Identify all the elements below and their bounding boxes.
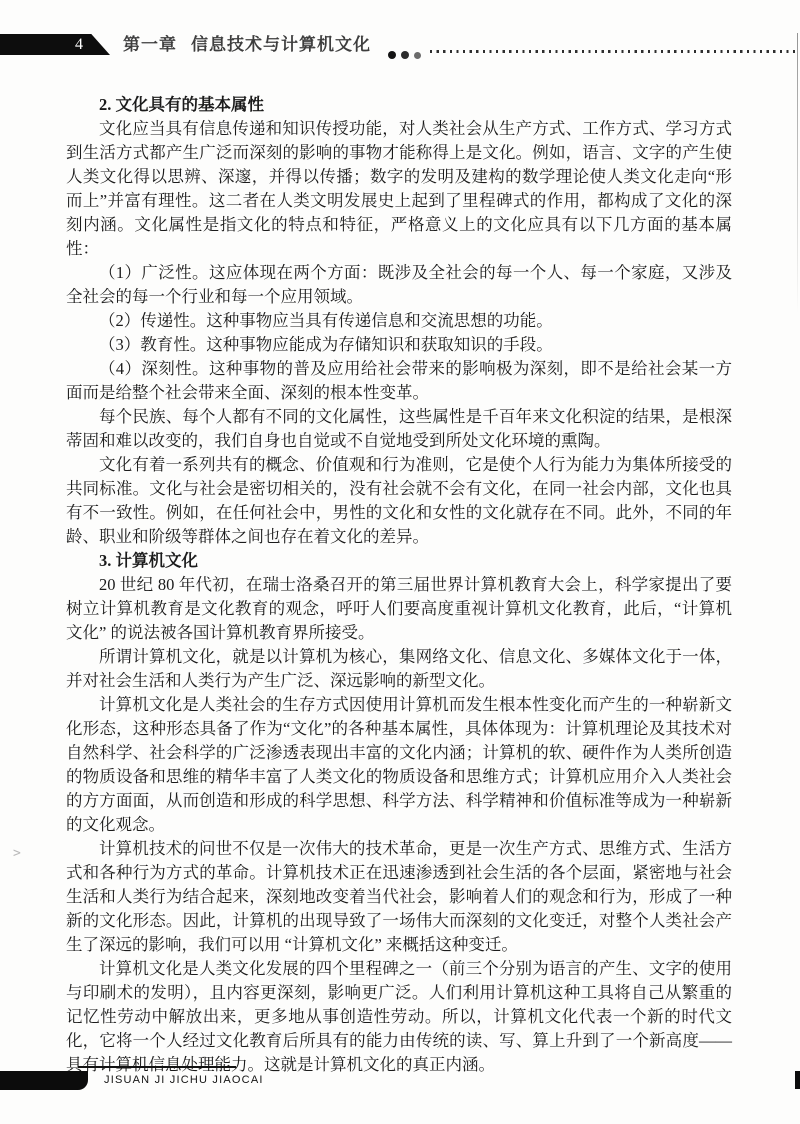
paragraph: （1）广泛性。这应体现在两个方面：既涉及全社会的每一个人、每一个家庭，又涉及全社…	[66, 261, 732, 309]
chapter-name: 信息技术与计算机文化	[191, 35, 371, 54]
footer-series-title: JISUAN JI JICHU JIAOCAI	[104, 1072, 264, 1089]
chapter-label: 第一章	[123, 35, 177, 54]
footer-black-tab	[0, 1071, 88, 1090]
chapter-title: 第一章信息技术与计算机文化	[123, 33, 371, 57]
body-text: 2. 文化具有的基本属性文化应当具有信息传递和知识传授功能，对人类社会从生产方式…	[66, 93, 732, 1077]
paragraph: 计算机技术的问世不仅是一次伟大的技术革命，更是一次生产方式、思维方式、生活方式和…	[66, 837, 732, 957]
page-number: 4	[62, 34, 96, 55]
paragraph: 20 世纪 80 年代初，在瑞士洛桑召开的第三届世界计算机教育大会上，科学家提出…	[66, 573, 732, 645]
dotted-leader-line	[430, 50, 796, 53]
margin-artifact-mark: >	[13, 846, 21, 861]
paragraph: （3）教育性。这种事物应能成为存储知识和获取知识的手段。	[66, 333, 732, 357]
paragraph: （2）传递性。这种事物应当具有传递信息和交流思想的功能。	[66, 309, 732, 333]
footer-edge-mark	[795, 1071, 800, 1089]
paragraph: 文化应当具有信息传递和知识传授功能，对人类社会从生产方式、工作方式、学习方式到生…	[66, 117, 732, 261]
paragraph: 计算机文化是人类社会的生存方式因使用计算机而发生根本性变化而产生的一种崭新文化形…	[66, 693, 732, 837]
paragraph: 文化有着一系列共有的概念、价值观和行为准则，它是使个人行为能力为集体所接受的共同…	[66, 453, 732, 549]
paragraph: （4）深刻性。这种事物的普及应用给社会带来的影响极为深刻，即不是给社会某一方面而…	[66, 357, 732, 405]
footer-rule-line	[78, 1066, 236, 1068]
header-dots-icon	[388, 46, 426, 56]
section-heading: 2. 文化具有的基本属性	[66, 93, 732, 117]
paragraph: 计算机文化是人类文化发展的四个里程碑之一（前三个分别为语言的产生、文字的使用与印…	[66, 957, 732, 1077]
page-header: 4 第一章信息技术与计算机文化	[0, 0, 800, 70]
paragraph: 每个民族、每个人都有不同的文化属性，这些属性是千百年来文化积淀的结果，是根深蒂固…	[66, 405, 732, 453]
paragraph: 所谓计算机文化，就是以计算机为核心，集网络文化、信息文化、多媒体文化于一体，并对…	[66, 645, 732, 693]
scan-edge-line	[797, 33, 798, 313]
textbook-page: 4 第一章信息技术与计算机文化 2. 文化具有的基本属性文化应当具有信息传递和知…	[0, 0, 800, 1124]
section-heading: 3. 计算机文化	[66, 549, 732, 573]
